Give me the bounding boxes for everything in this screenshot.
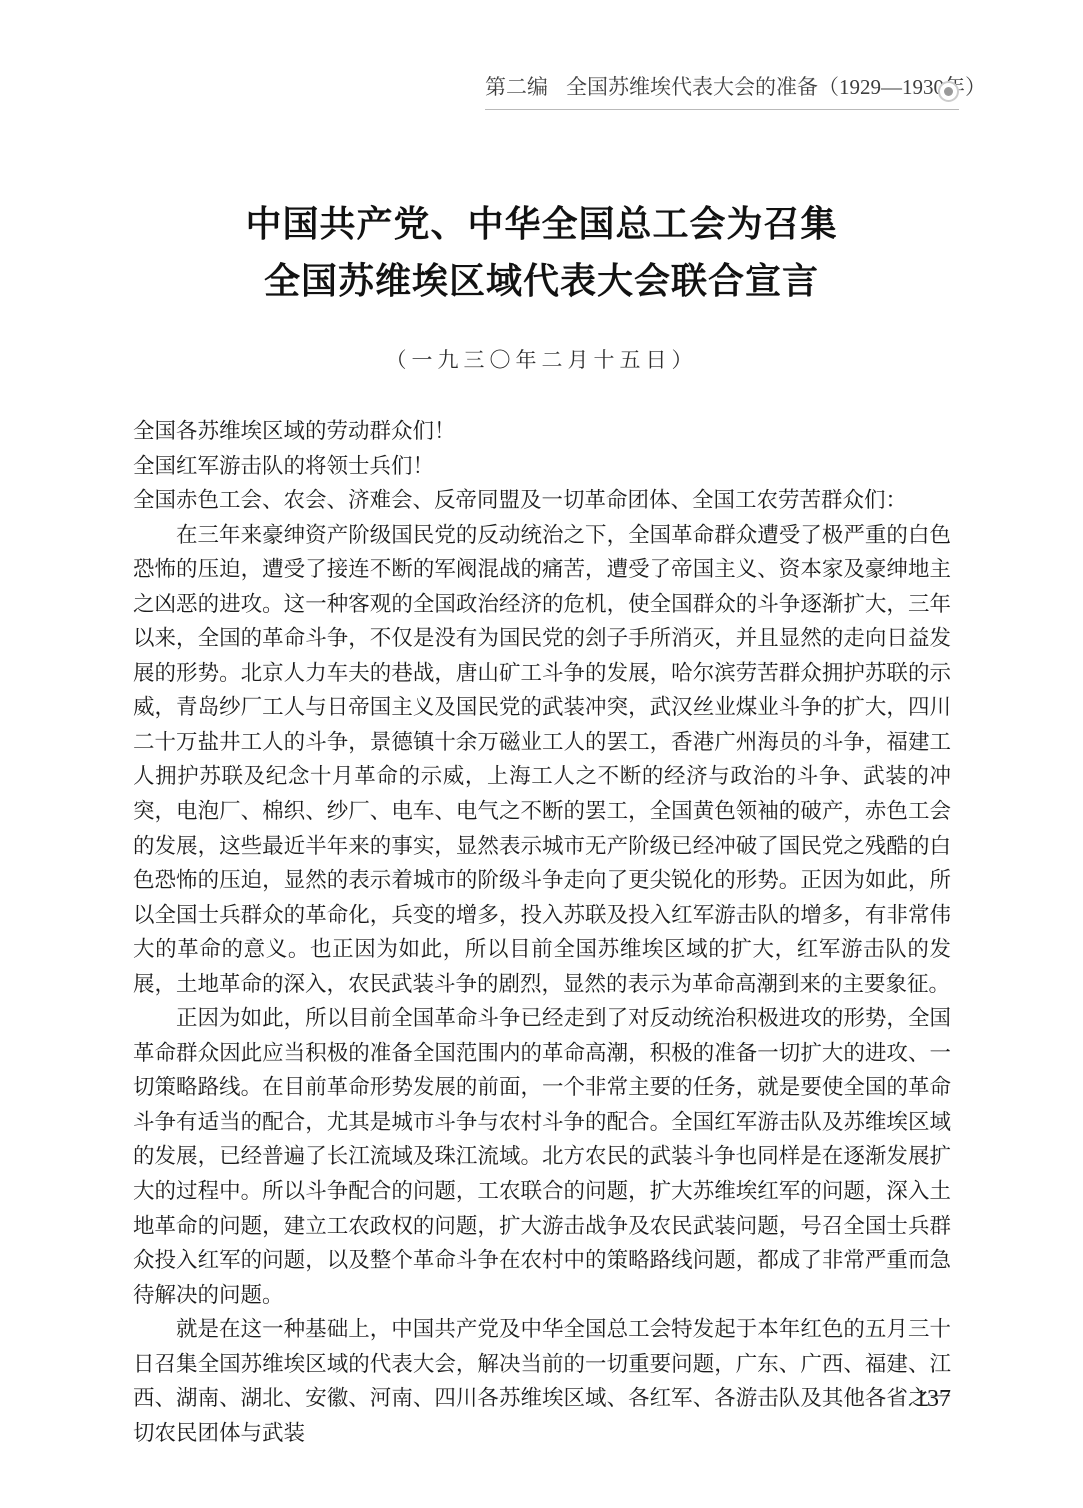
bullet-dot [944,87,953,96]
salutation-line: 全国红军游击队的将领士兵们！ [133,449,951,484]
article-title: 中国共产党、中华全国总工会为召集 全国苏维埃区域代表大会联合宣言 [0,196,1083,310]
running-header-section: 第二编 [485,75,548,99]
date-line: （一九三〇年二月十五日） [0,344,1083,374]
article-body: 全国各苏维埃区域的劳动群众们！ 全国红军游击队的将领士兵们！ 全国赤色工会、农会… [133,414,951,1450]
running-header-title: 全国苏维埃代表大会的准备（1929—1930年） [566,75,986,99]
article-title-line1: 中国共产党、中华全国总工会为召集 [0,196,1083,253]
page-number: 137 [133,1386,951,1413]
body-paragraph: 在三年来豪绅资产阶级国民党的反动统治之下，全国革命群众遭受了极严重的白色恐怖的压… [133,518,951,1002]
document-page: 第二编全国苏维埃代表大会的准备（1929—1930年） 中国共产党、中华全国总工… [0,0,1083,1508]
article-title-line2: 全国苏维埃区域代表大会联合宣言 [0,253,1083,310]
target-circle-icon [938,81,959,102]
body-paragraph: 就是在这一种基础上，中国共产党及中华全国总工会特发起于本年红色的五月三十日召集全… [133,1312,951,1450]
salutation-line: 全国赤色工会、农会、济难会、反帝同盟及一切革命团体、全国工农劳苦群众们： [133,483,951,518]
running-header: 第二编全国苏维埃代表大会的准备（1929—1930年） [485,74,959,110]
body-paragraph: 正因为如此，所以目前全国革命斗争已经走到了对反动统治积极进攻的形势，全国革命群众… [133,1001,951,1312]
salutation-line: 全国各苏维埃区域的劳动群众们！ [133,414,951,449]
